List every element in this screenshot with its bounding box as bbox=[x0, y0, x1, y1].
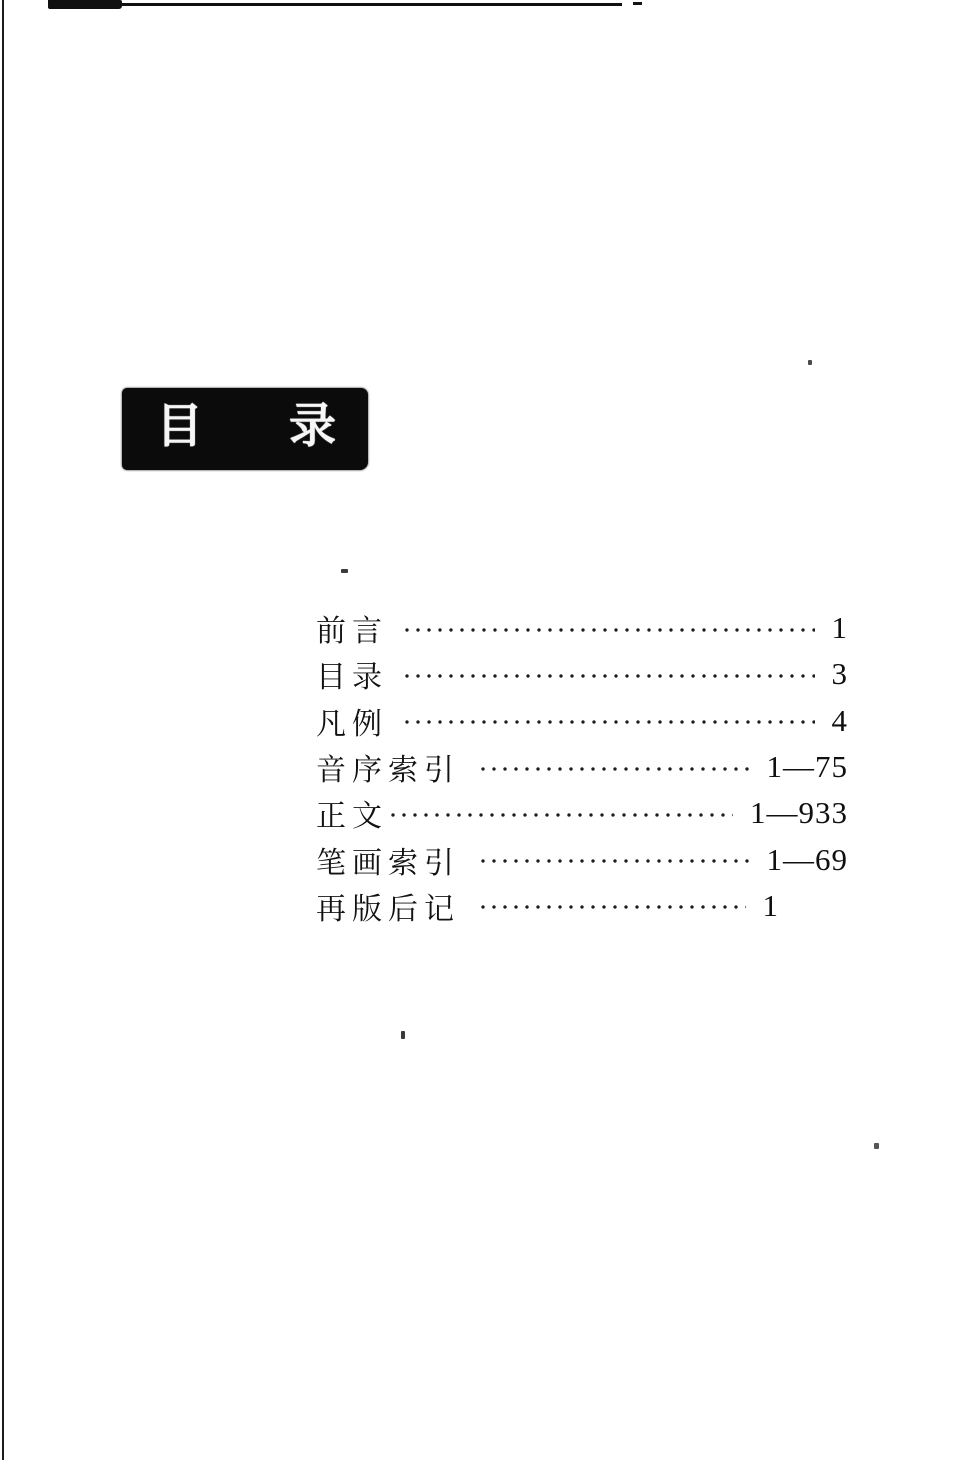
toc-entry-qianyan: 前言 1 bbox=[316, 605, 848, 651]
toc-entry-page-number: 4 bbox=[832, 703, 849, 739]
dotted-leader bbox=[480, 904, 746, 912]
toc-entry-page-number: 1 bbox=[832, 610, 849, 646]
toc-entry-label: 音序索引 bbox=[316, 745, 460, 789]
toc-entry-label: 目录 bbox=[316, 652, 388, 696]
toc-entry-label: 笔画索引 bbox=[316, 838, 460, 882]
contents-title-box: 目 录 bbox=[122, 388, 368, 470]
scan-edge-line-top bbox=[48, 3, 622, 6]
toc-entry-page-number: 1—69 bbox=[767, 842, 849, 878]
table-of-contents: 前言 1 目录 3 凡例 4 音序索引 1—75 正文 1—933 笔画索引 bbox=[316, 605, 848, 929]
dotted-leader bbox=[404, 627, 815, 635]
toc-entry-label: 凡例 bbox=[316, 699, 388, 743]
dotted-leader bbox=[390, 812, 733, 820]
scan-edge-tick bbox=[633, 2, 642, 5]
contents-title-char-1: 目 bbox=[156, 404, 203, 451]
scan-speck bbox=[808, 360, 812, 365]
contents-title-char-2: 录 bbox=[289, 404, 336, 451]
scan-edge-line-left bbox=[2, 0, 4, 1460]
toc-entry-label: 前言 bbox=[316, 606, 388, 650]
toc-entry-zhengwen: 正文 1—933 bbox=[316, 790, 848, 836]
toc-entry-label: 再版后记 bbox=[316, 884, 460, 928]
dotted-leader bbox=[404, 719, 815, 727]
toc-entry-page-number: 3 bbox=[832, 656, 849, 692]
scan-speck bbox=[341, 569, 348, 573]
toc-entry-bihua-suoyin: 笔画索引 1—69 bbox=[316, 836, 848, 882]
toc-entry-page-number: 1—75 bbox=[767, 749, 849, 785]
toc-entry-page-number: 1 bbox=[763, 888, 780, 924]
dotted-leader bbox=[480, 766, 750, 774]
toc-entry-label: 正文 bbox=[316, 791, 388, 835]
toc-entry-yinxu-suoyin: 音序索引 1—75 bbox=[316, 744, 848, 790]
dotted-leader bbox=[480, 858, 750, 866]
scanned-book-page: 目 录 前言 1 目录 3 凡例 4 音序索引 1—75 正文 1—933 bbox=[0, 0, 960, 1460]
toc-entry-page-number: 1—933 bbox=[750, 795, 848, 831]
toc-entry-zaiban-houji: 再版后记 1 bbox=[316, 883, 779, 929]
toc-entry-mulu: 目录 3 bbox=[316, 651, 848, 697]
scan-speck bbox=[874, 1143, 879, 1149]
dotted-leader bbox=[404, 673, 815, 681]
scan-speck bbox=[401, 1031, 405, 1039]
toc-entry-fanli: 凡例 4 bbox=[316, 698, 848, 744]
scan-edge-blob bbox=[48, 0, 122, 9]
